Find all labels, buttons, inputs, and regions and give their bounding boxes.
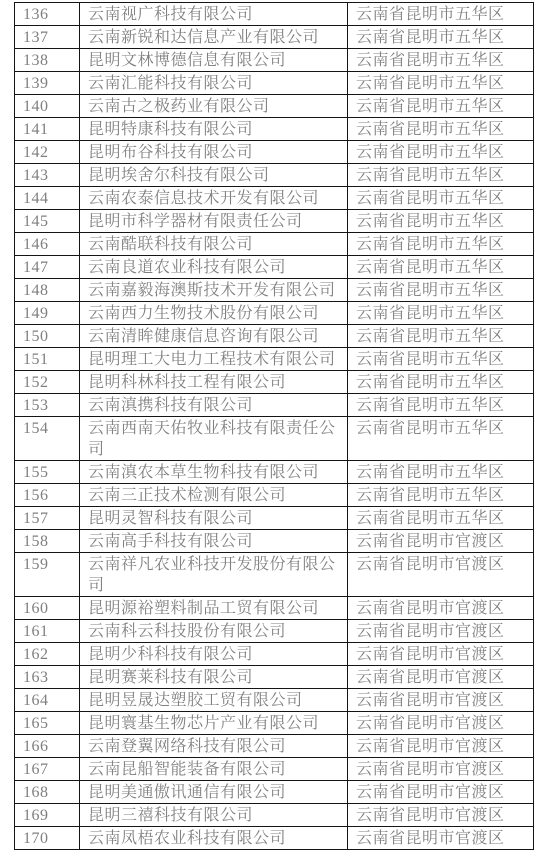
table-row: 145昆明市科学器材有限责任公司云南省昆明市五华区 [15, 210, 534, 233]
region-cell: 云南省昆明市官渡区 [348, 689, 534, 712]
region-cell: 云南省昆明市官渡区 [348, 758, 534, 781]
table-row: 165昆明寰基生物芯片产业有限公司云南省昆明市官渡区 [15, 712, 534, 735]
company-name-cell: 云南视广科技有限公司 [80, 3, 348, 26]
region-cell: 云南省昆明市官渡区 [348, 620, 534, 643]
row-number-cell: 150 [15, 325, 80, 348]
company-name-cell: 昆明埃舍尔科技有限公司 [80, 164, 348, 187]
row-number-cell: 138 [15, 49, 80, 72]
company-name-cell: 昆明科林科技工程有限公司 [80, 371, 348, 394]
table-row: 141昆明特康科技有限公司云南省昆明市五华区 [15, 118, 534, 141]
row-number-cell: 144 [15, 187, 80, 210]
table-row: 142昆明布谷科技有限公司云南省昆明市五华区 [15, 141, 534, 164]
table-row: 162昆明少科科技有限公司云南省昆明市官渡区 [15, 643, 534, 666]
table-row: 137云南新锐和达信息产业有限公司云南省昆明市五华区 [15, 26, 534, 49]
region-cell: 云南省昆明市五华区 [348, 72, 534, 95]
company-name-cell: 云南西南天佑牧业科技有限责任公司 [80, 417, 348, 461]
table-row: 140云南古之极药业有限公司云南省昆明市五华区 [15, 95, 534, 118]
region-cell: 云南省昆明市五华区 [348, 484, 534, 507]
row-number-cell: 137 [15, 26, 80, 49]
region-cell: 云南省昆明市五华区 [348, 417, 534, 461]
table-row: 157昆明灵智科技有限公司云南省昆明市五华区 [15, 507, 534, 530]
row-number-cell: 140 [15, 95, 80, 118]
region-cell: 云南省昆明市五华区 [348, 507, 534, 530]
table-row: 146云南酷联科技有限公司云南省昆明市五华区 [15, 233, 534, 256]
row-number-cell: 149 [15, 302, 80, 325]
region-cell: 云南省昆明市官渡区 [348, 666, 534, 689]
table-row: 150云南清眸健康信息咨询有限公司云南省昆明市五华区 [15, 325, 534, 348]
table-row: 164昆明昱晟达塑胶工贸有限公司云南省昆明市官渡区 [15, 689, 534, 712]
table-row: 138昆明文林博德信息有限公司云南省昆明市五华区 [15, 49, 534, 72]
row-number-cell: 166 [15, 735, 80, 758]
company-name-cell: 昆明少科科技有限公司 [80, 643, 348, 666]
row-number-cell: 152 [15, 371, 80, 394]
row-number-cell: 169 [15, 804, 80, 827]
table-row: 168昆明美通傲讯通信有限公司云南省昆明市官渡区 [15, 781, 534, 804]
row-number-cell: 157 [15, 507, 80, 530]
company-name-cell: 云南凤梧农业科技有限公司 [80, 827, 348, 850]
row-number-cell: 146 [15, 233, 80, 256]
region-cell: 云南省昆明市五华区 [348, 3, 534, 26]
region-cell: 云南省昆明市官渡区 [348, 553, 534, 597]
table-row: 169昆明三禧科技有限公司云南省昆明市官渡区 [15, 804, 534, 827]
company-name-cell: 云南酷联科技有限公司 [80, 233, 348, 256]
company-name-cell: 昆明市科学器材有限责任公司 [80, 210, 348, 233]
table-row: 147云南良道农业科技有限公司云南省昆明市五华区 [15, 256, 534, 279]
region-cell: 云南省昆明市官渡区 [348, 827, 534, 850]
region-cell: 云南省昆明市五华区 [348, 302, 534, 325]
company-name-cell: 昆明寰基生物芯片产业有限公司 [80, 712, 348, 735]
company-name-cell: 云南滇携科技有限公司 [80, 394, 348, 417]
row-number-cell: 143 [15, 164, 80, 187]
row-number-cell: 167 [15, 758, 80, 781]
row-number-cell: 142 [15, 141, 80, 164]
company-name-cell: 云南农泰信息技术开发有限公司 [80, 187, 348, 210]
region-cell: 云南省昆明市官渡区 [348, 643, 534, 666]
company-name-cell: 云南清眸健康信息咨询有限公司 [80, 325, 348, 348]
region-cell: 云南省昆明市官渡区 [348, 735, 534, 758]
row-number-cell: 164 [15, 689, 80, 712]
row-number-cell: 141 [15, 118, 80, 141]
company-name-cell: 云南昆船智能装备有限公司 [80, 758, 348, 781]
company-name-cell: 昆明布谷科技有限公司 [80, 141, 348, 164]
region-cell: 云南省昆明市五华区 [348, 141, 534, 164]
table-row: 163昆明赛莱科技有限公司云南省昆明市官渡区 [15, 666, 534, 689]
row-number-cell: 170 [15, 827, 80, 850]
table-row: 143昆明埃舍尔科技有限公司云南省昆明市五华区 [15, 164, 534, 187]
region-cell: 云南省昆明市五华区 [348, 210, 534, 233]
region-cell: 云南省昆明市五华区 [348, 95, 534, 118]
table-row: 166云南登翼网络科技有限公司云南省昆明市官渡区 [15, 735, 534, 758]
table-row: 155云南滇农本草生物科技有限公司云南省昆明市五华区 [15, 461, 534, 484]
table-row: 160昆明源裕塑料制品工贸有限公司云南省昆明市官渡区 [15, 597, 534, 620]
document-page: 136云南视广科技有限公司云南省昆明市五华区137云南新锐和达信息产业有限公司云… [0, 2, 536, 851]
company-name-cell: 云南三正技术检测有限公司 [80, 484, 348, 507]
company-name-cell: 昆明理工大电力工程技术有限公司 [80, 348, 348, 371]
company-name-cell: 昆明三禧科技有限公司 [80, 804, 348, 827]
region-cell: 云南省昆明市官渡区 [348, 712, 534, 735]
region-cell: 云南省昆明市五华区 [348, 371, 534, 394]
region-cell: 云南省昆明市五华区 [348, 325, 534, 348]
row-number-cell: 139 [15, 72, 80, 95]
table-row: 151昆明理工大电力工程技术有限公司云南省昆明市五华区 [15, 348, 534, 371]
table-row: 158云南高手科技有限公司云南省昆明市官渡区 [15, 530, 534, 553]
region-cell: 云南省昆明市五华区 [348, 164, 534, 187]
region-cell: 云南省昆明市五华区 [348, 118, 534, 141]
company-name-cell: 昆明灵智科技有限公司 [80, 507, 348, 530]
region-cell: 云南省昆明市官渡区 [348, 804, 534, 827]
company-table: 136云南视广科技有限公司云南省昆明市五华区137云南新锐和达信息产业有限公司云… [14, 2, 534, 850]
row-number-cell: 148 [15, 279, 80, 302]
company-name-cell: 云南古之极药业有限公司 [80, 95, 348, 118]
table-row: 154云南西南天佑牧业科技有限责任公司云南省昆明市五华区 [15, 417, 534, 461]
region-cell: 云南省昆明市官渡区 [348, 597, 534, 620]
region-cell: 云南省昆明市五华区 [348, 233, 534, 256]
table-row: 153云南滇携科技有限公司云南省昆明市五华区 [15, 394, 534, 417]
row-number-cell: 154 [15, 417, 80, 461]
table-row: 152昆明科林科技工程有限公司云南省昆明市五华区 [15, 371, 534, 394]
row-number-cell: 156 [15, 484, 80, 507]
table-row: 136云南视广科技有限公司云南省昆明市五华区 [15, 3, 534, 26]
table-row: 159云南祥凡农业科技开发股份有限公司云南省昆明市官渡区 [15, 553, 534, 597]
row-number-cell: 161 [15, 620, 80, 643]
table-row: 161云南科云科技股份有限公司云南省昆明市官渡区 [15, 620, 534, 643]
company-name-cell: 云南汇能科技有限公司 [80, 72, 348, 95]
region-cell: 云南省昆明市五华区 [348, 26, 534, 49]
region-cell: 云南省昆明市五华区 [348, 256, 534, 279]
table-row: 139云南汇能科技有限公司云南省昆明市五华区 [15, 72, 534, 95]
table-row: 144云南农泰信息技术开发有限公司云南省昆明市五华区 [15, 187, 534, 210]
row-number-cell: 160 [15, 597, 80, 620]
company-name-cell: 云南祥凡农业科技开发股份有限公司 [80, 553, 348, 597]
region-cell: 云南省昆明市五华区 [348, 187, 534, 210]
company-name-cell: 昆明美通傲讯通信有限公司 [80, 781, 348, 804]
region-cell: 云南省昆明市五华区 [348, 394, 534, 417]
row-number-cell: 151 [15, 348, 80, 371]
company-name-cell: 昆明赛莱科技有限公司 [80, 666, 348, 689]
company-name-cell: 云南登翼网络科技有限公司 [80, 735, 348, 758]
table-row: 156云南三正技术检测有限公司云南省昆明市五华区 [15, 484, 534, 507]
region-cell: 云南省昆明市五华区 [348, 49, 534, 72]
company-name-cell: 昆明文林博德信息有限公司 [80, 49, 348, 72]
row-number-cell: 168 [15, 781, 80, 804]
company-name-cell: 云南科云科技股份有限公司 [80, 620, 348, 643]
table-row: 148云南嘉毅海澳斯技术开发有限公司云南省昆明市五华区 [15, 279, 534, 302]
company-table-body: 136云南视广科技有限公司云南省昆明市五华区137云南新锐和达信息产业有限公司云… [15, 3, 534, 850]
company-name-cell: 云南新锐和达信息产业有限公司 [80, 26, 348, 49]
table-row: 170云南凤梧农业科技有限公司云南省昆明市官渡区 [15, 827, 534, 850]
company-name-cell: 昆明源裕塑料制品工贸有限公司 [80, 597, 348, 620]
row-number-cell: 159 [15, 553, 80, 597]
company-name-cell: 昆明昱晟达塑胶工贸有限公司 [80, 689, 348, 712]
row-number-cell: 147 [15, 256, 80, 279]
region-cell: 云南省昆明市五华区 [348, 348, 534, 371]
row-number-cell: 163 [15, 666, 80, 689]
company-name-cell: 云南嘉毅海澳斯技术开发有限公司 [80, 279, 348, 302]
row-number-cell: 136 [15, 3, 80, 26]
row-number-cell: 158 [15, 530, 80, 553]
row-number-cell: 155 [15, 461, 80, 484]
region-cell: 云南省昆明市官渡区 [348, 530, 534, 553]
company-name-cell: 云南西力生物技术股份有限公司 [80, 302, 348, 325]
table-row: 167云南昆船智能装备有限公司云南省昆明市官渡区 [15, 758, 534, 781]
region-cell: 云南省昆明市官渡区 [348, 781, 534, 804]
region-cell: 云南省昆明市五华区 [348, 461, 534, 484]
company-name-cell: 昆明特康科技有限公司 [80, 118, 348, 141]
company-name-cell: 云南高手科技有限公司 [80, 530, 348, 553]
row-number-cell: 162 [15, 643, 80, 666]
company-name-cell: 云南良道农业科技有限公司 [80, 256, 348, 279]
table-row: 149云南西力生物技术股份有限公司云南省昆明市五华区 [15, 302, 534, 325]
company-name-cell: 云南滇农本草生物科技有限公司 [80, 461, 348, 484]
row-number-cell: 165 [15, 712, 80, 735]
region-cell: 云南省昆明市五华区 [348, 279, 534, 302]
row-number-cell: 153 [15, 394, 80, 417]
row-number-cell: 145 [15, 210, 80, 233]
